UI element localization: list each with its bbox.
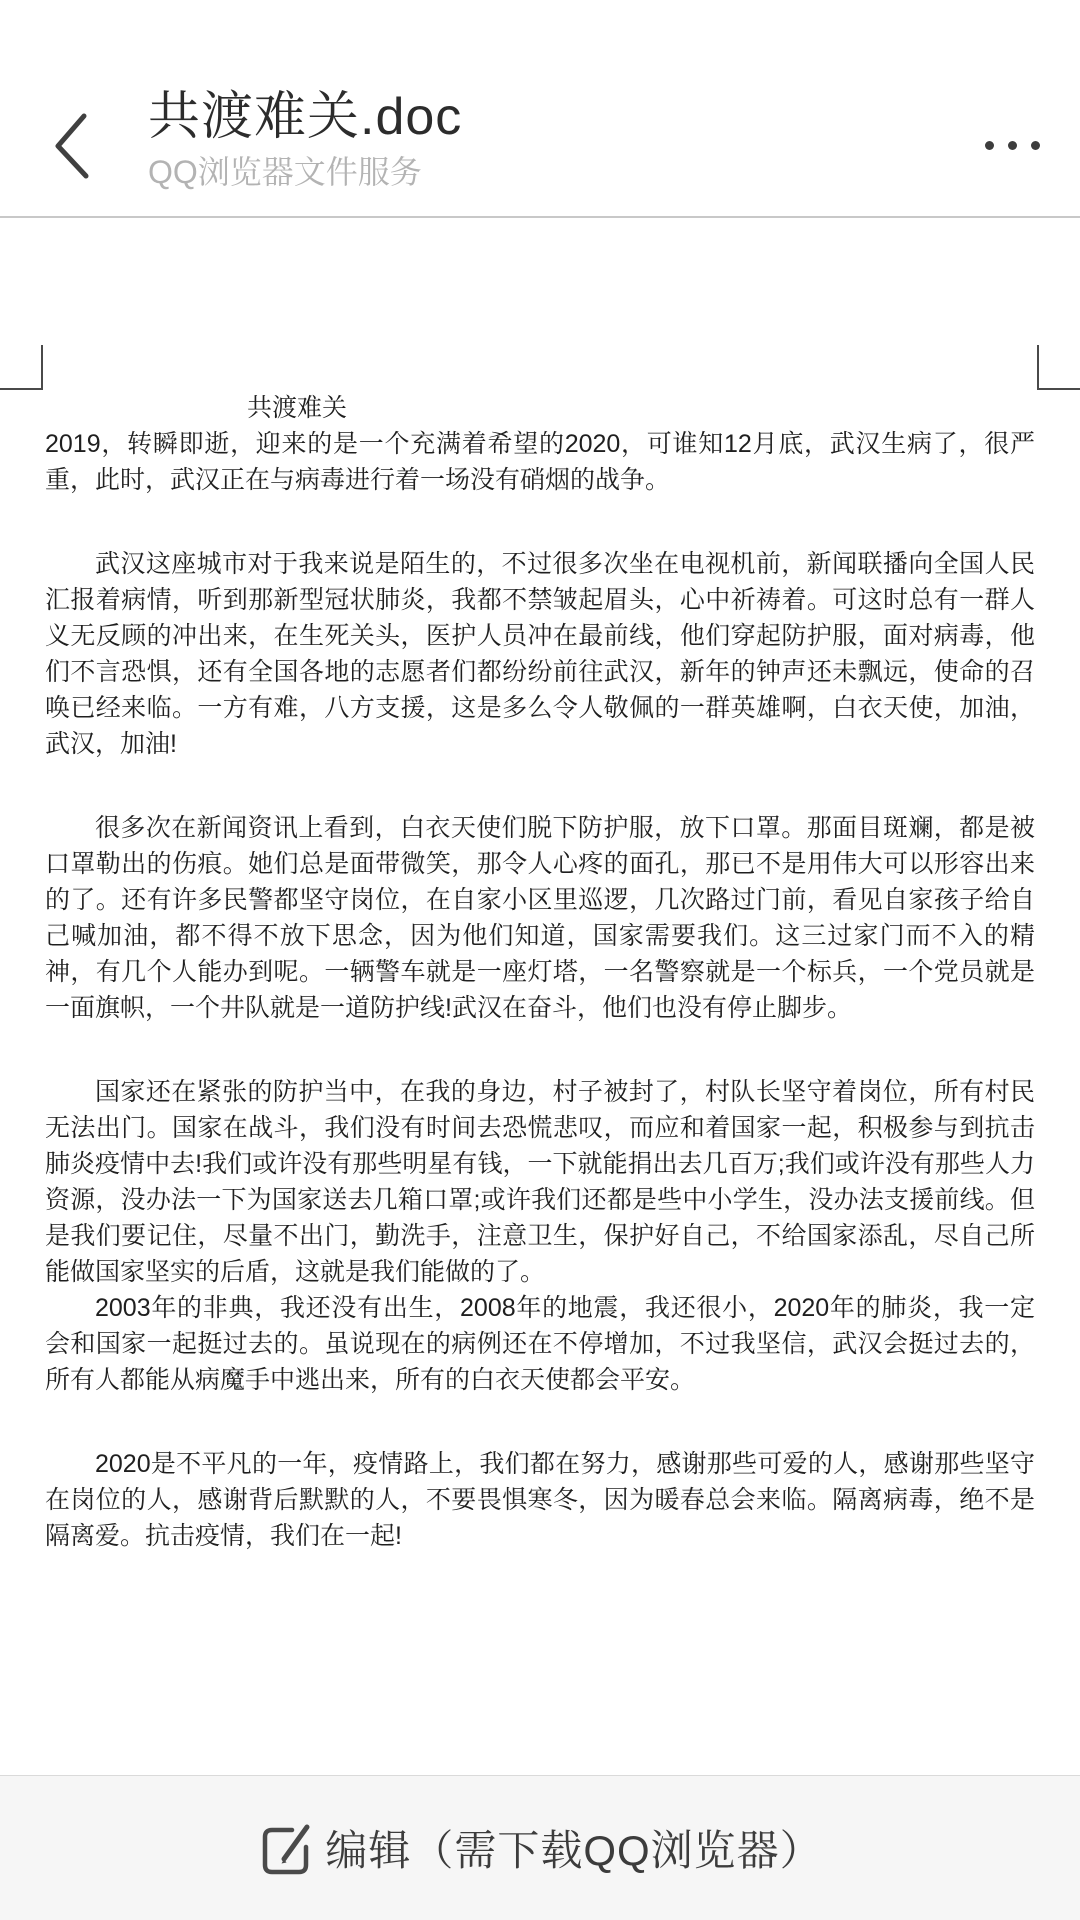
file-title-block: 共渡难关.doc QQ浏览器文件服务 (148, 86, 462, 190)
document-page[interactable]: 共渡难关 2019，转瞬即逝，迎来的是一个充满着希望的2020，可谁知12月底，… (0, 218, 1080, 1775)
paragraph: 2019，转瞬即逝，迎来的是一个充满着希望的2020，可谁知12月底，武汉生病了… (45, 426, 1035, 498)
page-corner-mark-right (1037, 345, 1080, 390)
paragraph: 武汉这座城市对于我来说是陌生的，不过很多次坐在电视机前，新闻联播向全国人民汇报着… (45, 546, 1035, 762)
more-menu-button[interactable] (970, 120, 1040, 170)
page-corner-mark-left (0, 345, 43, 390)
back-button[interactable] (50, 110, 94, 180)
header: 共渡难关.doc QQ浏览器文件服务 (0, 0, 1080, 218)
ellipsis-icon (985, 141, 994, 150)
ellipsis-icon (1031, 141, 1040, 150)
edit-bar-label: 编辑（需下载QQ浏览器） (325, 1818, 822, 1878)
edit-compose-icon (257, 1819, 315, 1877)
edit-bar-button[interactable]: 编辑（需下载QQ浏览器） (0, 1775, 1080, 1920)
paragraph: 2003年的非典，我还没有出生，2008年的地震，我还很小，2020年的肺炎，我… (45, 1290, 1035, 1398)
paragraph: 很多次在新闻资讯上看到，白衣天使们脱下防护服，放下口罩。那面目斑斓，都是被口罩勒… (45, 810, 1035, 1026)
document-title: 共渡难关 (45, 390, 1035, 426)
document-body: 共渡难关 2019，转瞬即逝，迎来的是一个充满着希望的2020，可谁知12月底，… (45, 390, 1035, 1554)
paragraph: 2020是不平凡的一年，疫情路上，我们都在努力，感谢那些可爱的人，感谢那些坚守在… (45, 1446, 1035, 1554)
chevron-left-icon (50, 167, 94, 184)
file-name: 共渡难关.doc (148, 86, 462, 148)
file-source-subtitle: QQ浏览器文件服务 (148, 154, 462, 190)
paragraph: 国家还在紧张的防护当中，在我的身边，村子被封了，村队长坚守着岗位，所有村民无法出… (45, 1074, 1035, 1290)
ellipsis-icon (1008, 141, 1017, 150)
